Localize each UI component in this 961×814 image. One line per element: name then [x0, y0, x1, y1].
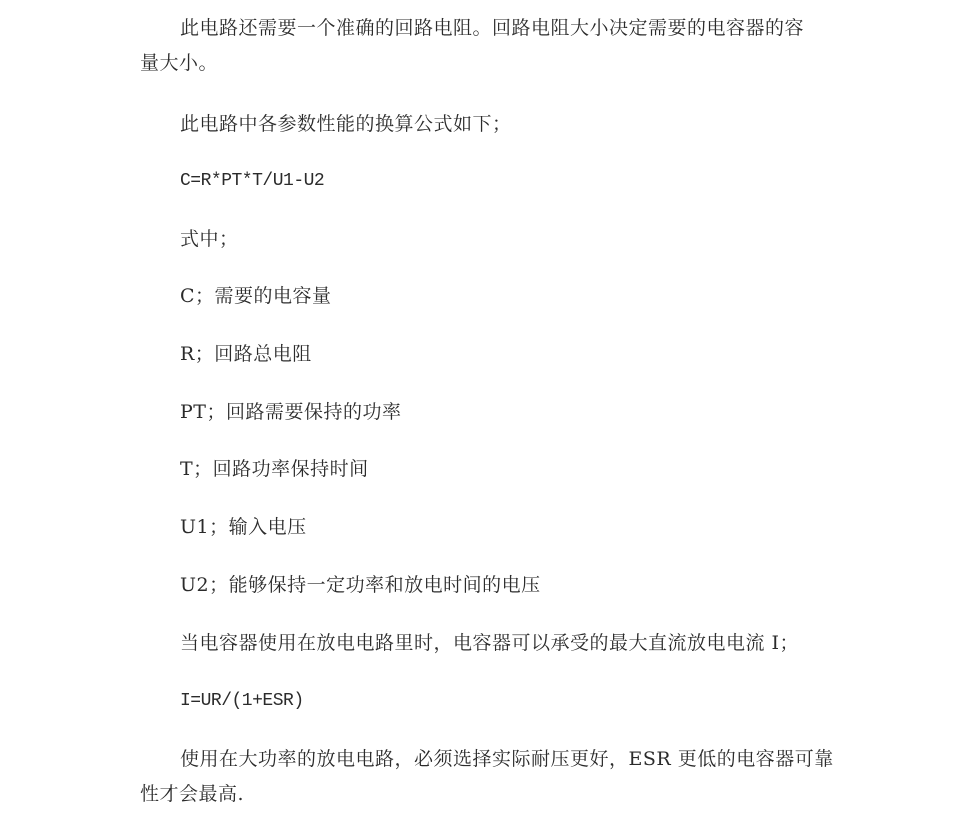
definition-c: C；需要的电容量 [180, 284, 332, 308]
definition-u2: U2；能够保持一定功率和放电时间的电压 [180, 573, 541, 597]
definition-t: T；回路功率保持时间 [180, 457, 369, 481]
formula-current: I=UR/(1+ESR) [180, 689, 304, 713]
definition-u1: U1；输入电压 [180, 515, 307, 539]
paragraph-loop-resistance-line2: 量大小。 [140, 51, 218, 75]
paragraph-loop-resistance-line1: 此电路还需要一个准确的回路电阻。回路电阻大小决定需要的电容器的容 [180, 16, 804, 40]
paragraph-high-power-line2: 性才会最高. [140, 782, 244, 806]
paragraph-formula-intro: 此电路中各参数性能的换算公式如下； [180, 112, 512, 136]
paragraph-discharge-current: 当电容器使用在放电电路里时，电容器可以承受的最大直流放电电流 I； [180, 631, 799, 655]
formula-capacitance: C=R*PT*T/U1-U2 [180, 169, 324, 193]
paragraph-high-power-line1: 使用在大功率的放电电路，必须选择实际耐压更好，ESR 更低的电容器可靠 [180, 747, 834, 771]
definition-r: R；回路总电阻 [180, 342, 312, 366]
paragraph-where: 式中； [180, 227, 239, 251]
definition-pt: PT；回路需要保持的功率 [180, 400, 401, 424]
